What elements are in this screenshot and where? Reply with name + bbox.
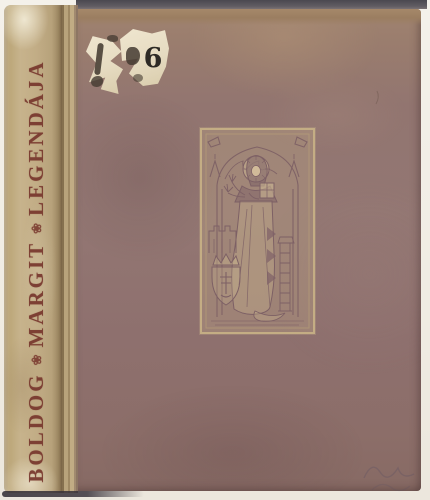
spine-title: BOLDOG❀MARGIT❀LEGENDÁJA	[24, 59, 49, 482]
spine-title-wrap: BOLDOG❀MARGIT❀LEGENDÁJA	[9, 45, 63, 497]
label-ink-remnant	[107, 35, 118, 42]
label-number: 6	[140, 42, 166, 76]
flower-ornament-icon: ❀	[29, 216, 44, 241]
small-scratch-mark	[372, 90, 384, 106]
saint-margaret-stamp-illustration	[197, 125, 318, 337]
spine-hinge	[62, 5, 78, 493]
flower-ornament-icon: ❀	[29, 348, 44, 373]
scanned-photo: BOLDOG❀MARGIT❀LEGENDÁJA	[0, 0, 430, 500]
spine-word-boldog: BOLDOG	[24, 372, 48, 482]
scanner-gap-shadow	[76, 0, 427, 9]
front-cover	[78, 9, 421, 491]
bottom-edge-shadow	[2, 491, 144, 497]
cover-top-edge	[78, 9, 421, 25]
spine-word-margit: MARGIT	[24, 241, 48, 348]
stamp-svg	[197, 125, 318, 337]
book-spine: BOLDOG❀MARGIT❀LEGENDÁJA	[4, 5, 62, 493]
pencil-scribbles	[358, 448, 424, 498]
spine-word-legendaja: LEGENDÁJA	[24, 59, 48, 216]
